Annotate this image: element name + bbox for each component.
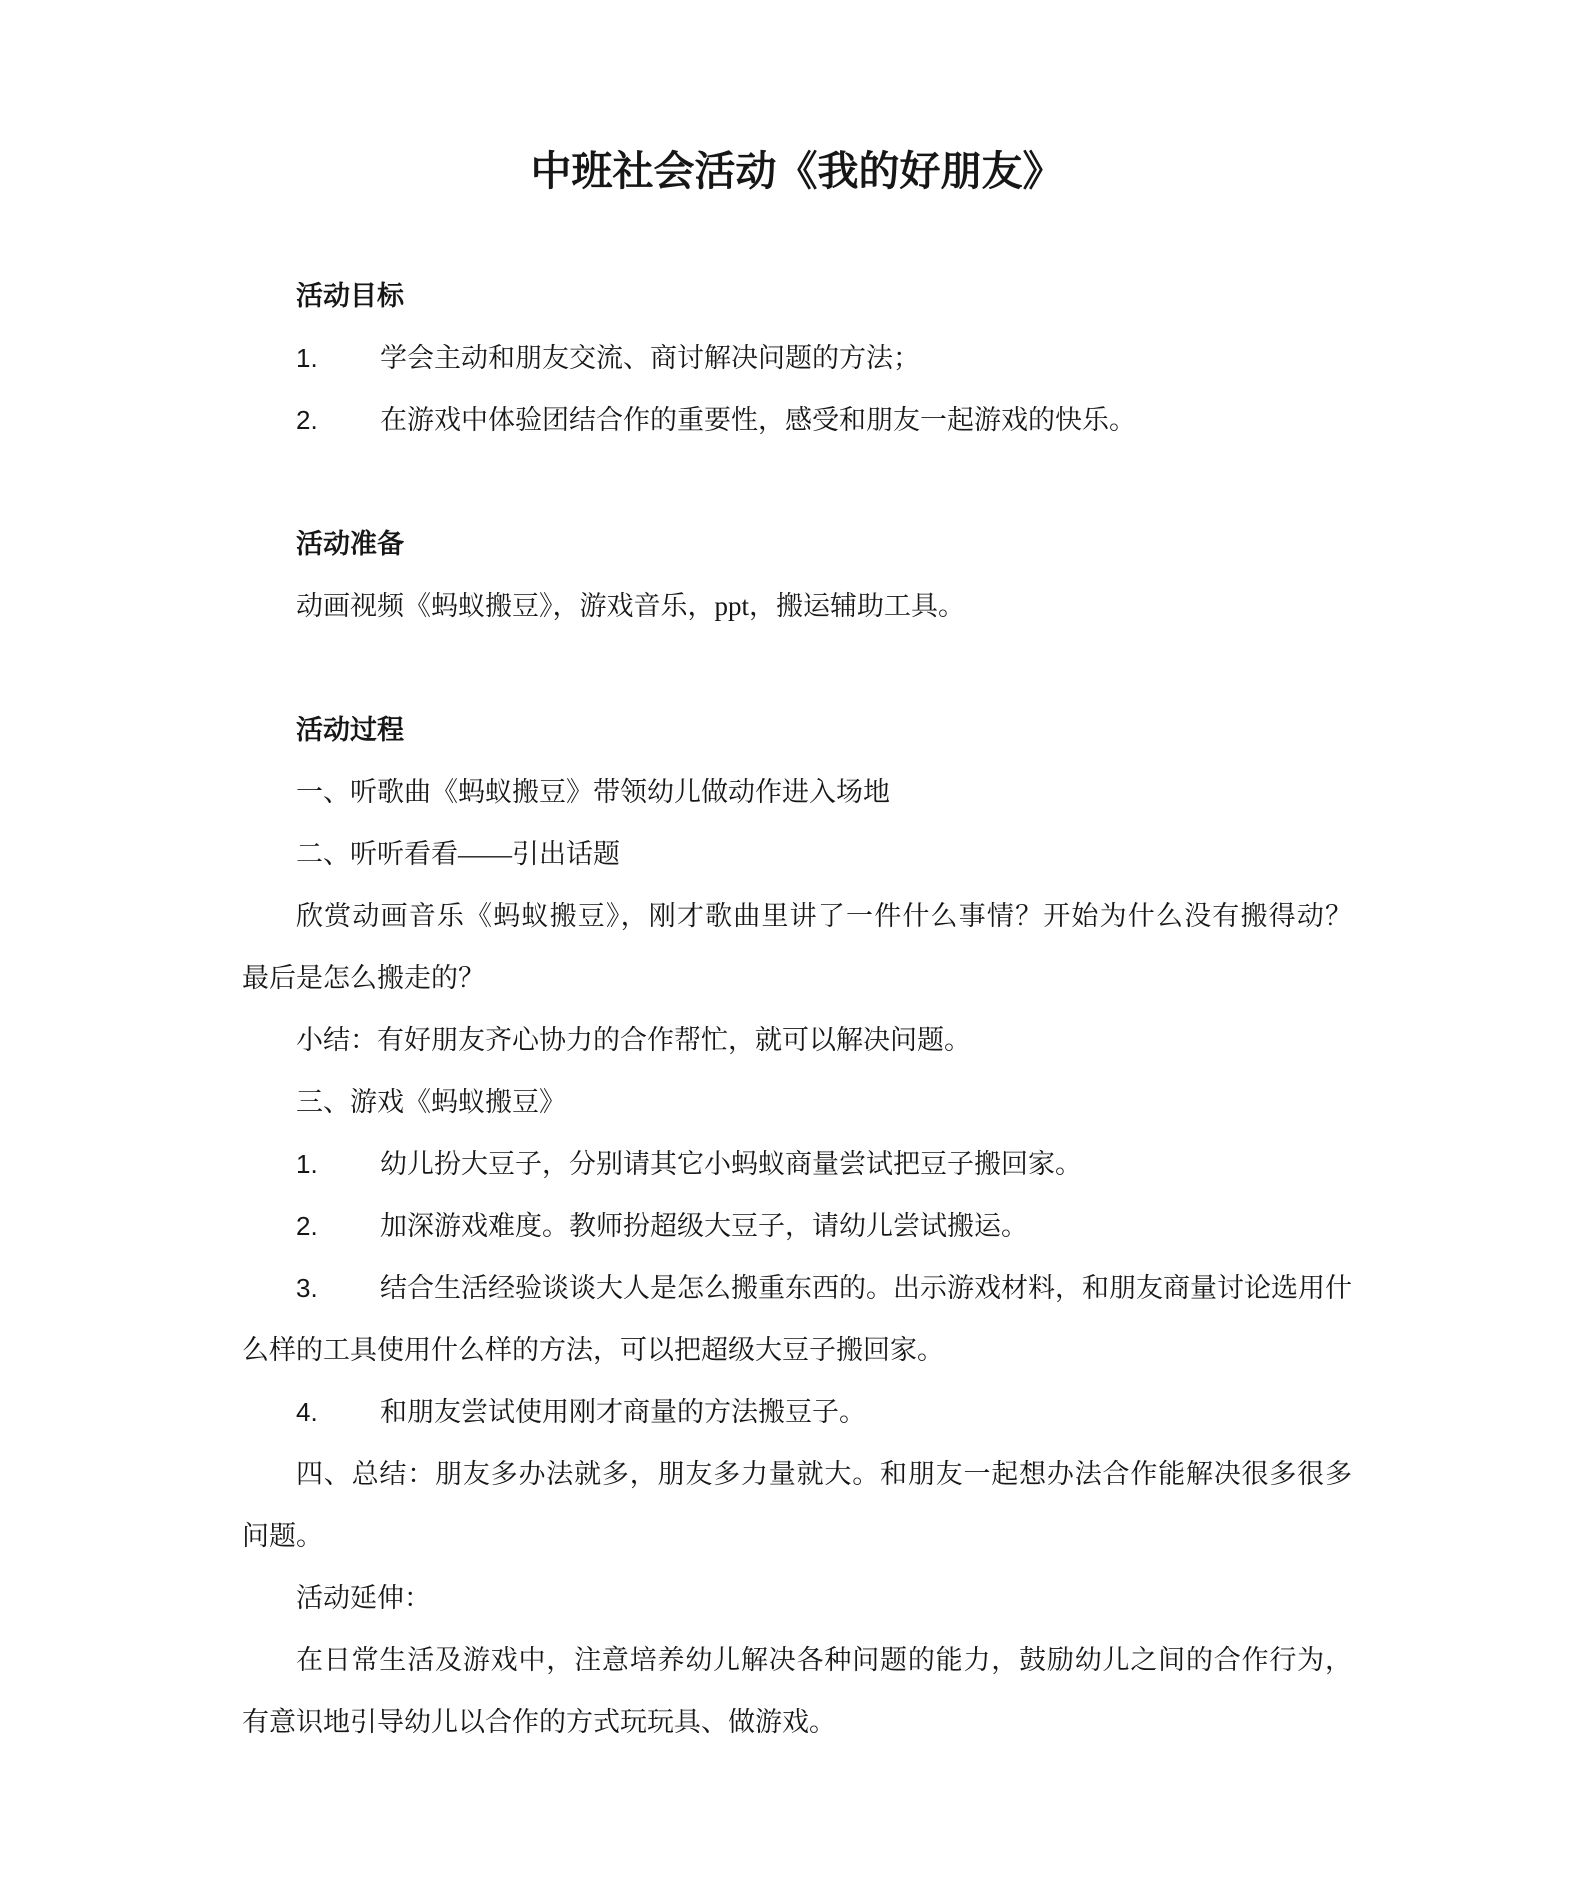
process-step-3-item-2-text: 加深游戏难度。教师扮超级大豆子，请幼儿尝试搬运。: [380, 1211, 1028, 1241]
process-step-1: 一、听歌曲《蚂蚁搬豆》带领幼儿做动作进入场地: [242, 761, 1352, 823]
process-step-3-item-3-text-line-1: 结合生活经验谈谈大人是怎么搬重东西的。出示游戏材料，和朋友商量讨论选用什: [380, 1273, 1352, 1303]
preparation-text: 动画视频《蚂蚁搬豆》，游戏音乐，ppt，搬运辅助工具。: [242, 575, 1352, 637]
process-step-3-item-4: 4.和朋友尝试使用刚才商量的方法搬豆子。: [242, 1381, 1352, 1443]
list-number: 1.: [296, 1133, 380, 1195]
process-step-2-summary: 小结：有好朋友齐心协力的合作帮忙，就可以解决问题。: [242, 1009, 1352, 1071]
goal-item-2-text: 在游戏中体验团结合作的重要性，感受和朋友一起游戏的快乐。: [380, 405, 1136, 435]
process-step-4-line-2: 问题。: [242, 1505, 1352, 1567]
process-step-3-item-3-line-2: 么样的工具使用什么样的方法，可以把超级大豆子搬回家。: [242, 1319, 1352, 1381]
process-step-3-item-1: 1.幼儿扮大豆子，分别请其它小蚂蚁商量尝试把豆子搬回家。: [242, 1133, 1352, 1195]
extension-line-1: 在日常生活及游戏中，注意培养幼儿解决各种问题的能力，鼓励幼儿之间的合作行为，: [242, 1629, 1352, 1691]
process-step-3-item-2: 2.加深游戏难度。教师扮超级大豆子，请幼儿尝试搬运。: [242, 1195, 1352, 1257]
list-number: 2.: [296, 1195, 380, 1257]
process-step-4-line-1: 四、总结：朋友多办法就多，朋友多力量就大。和朋友一起想办法合作能解决很多很多: [242, 1443, 1352, 1505]
process-step-3: 三、游戏《蚂蚁搬豆》: [242, 1071, 1352, 1133]
process-step-3-item-1-text: 幼儿扮大豆子，分别请其它小蚂蚁商量尝试把豆子搬回家。: [380, 1149, 1082, 1179]
process-step-2: 二、听听看看——引出话题: [242, 823, 1352, 885]
section-heading-process: 活动过程: [242, 699, 1352, 761]
process-step-3-item-3-line-1: 3.结合生活经验谈谈大人是怎么搬重东西的。出示游戏材料，和朋友商量讨论选用什: [242, 1257, 1352, 1319]
process-step-2-question-line-2: 最后是怎么搬走的？: [242, 947, 1352, 1009]
goal-item-1-text: 学会主动和朋友交流、商讨解决问题的方法；: [380, 343, 920, 373]
document-title: 中班社会活动《我的好朋友》: [242, 140, 1352, 202]
section-heading-preparation: 活动准备: [242, 513, 1352, 575]
extension-heading: 活动延伸：: [242, 1567, 1352, 1629]
list-number: 3.: [296, 1257, 380, 1319]
process-step-2-question-line-1: 欣赏动画音乐《蚂蚁搬豆》，刚才歌曲里讲了一件什么事情？开始为什么没有搬得动？: [242, 885, 1352, 947]
goal-item-2: 2.在游戏中体验团结合作的重要性，感受和朋友一起游戏的快乐。: [242, 389, 1352, 451]
list-number: 2.: [296, 389, 380, 451]
extension-line-2: 有意识地引导幼儿以合作的方式玩玩具、做游戏。: [242, 1691, 1352, 1753]
list-number: 4.: [296, 1381, 380, 1443]
document-page: 中班社会活动《我的好朋友》 活动目标 1.学会主动和朋友交流、商讨解决问题的方法…: [0, 0, 1587, 1902]
section-heading-goals: 活动目标: [242, 265, 1352, 327]
process-step-3-item-4-text: 和朋友尝试使用刚才商量的方法搬豆子。: [380, 1397, 866, 1427]
goal-item-1: 1.学会主动和朋友交流、商讨解决问题的方法；: [242, 327, 1352, 389]
list-number: 1.: [296, 327, 380, 389]
